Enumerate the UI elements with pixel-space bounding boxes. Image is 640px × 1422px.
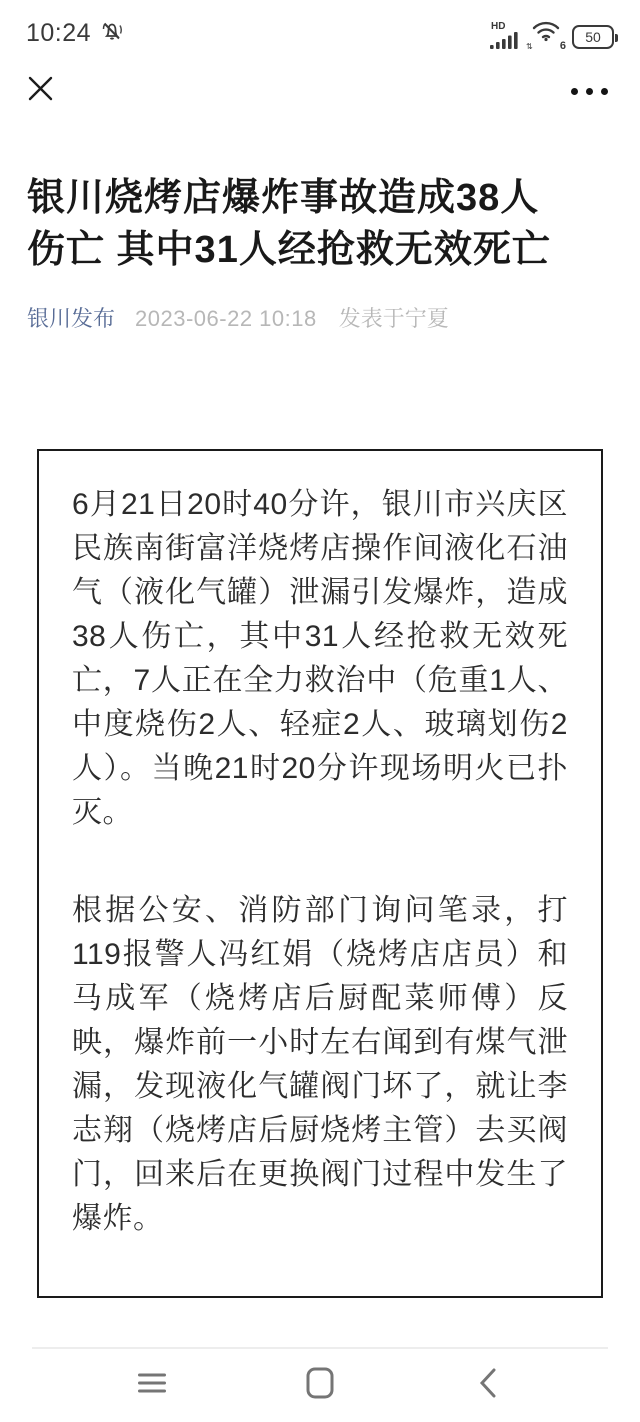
close-icon <box>27 75 54 107</box>
article-title: 银川烧烤店爆炸事故造成38人伤亡 其中31人经抢救无效死亡 <box>27 172 567 276</box>
status-time: 10:24 <box>26 19 91 48</box>
battery-icon: 50 <box>572 25 614 49</box>
more-options-button[interactable] <box>567 78 612 105</box>
more-options-icon <box>571 88 578 95</box>
wechat-article-screen: { "status_bar": { "time": "10:24", "netw… <box>0 0 640 1422</box>
wifi-generation-label: 6 <box>560 40 566 52</box>
close-button[interactable] <box>20 71 60 111</box>
wifi-6-icon: 6 ⇅ <box>530 18 562 49</box>
mute-vibrate-icon <box>99 18 125 49</box>
recents-menu-icon <box>138 1372 166 1399</box>
article-toolbar <box>0 56 640 126</box>
home-square-icon <box>306 1367 334 1404</box>
back-chevron-icon <box>478 1367 498 1404</box>
wifi-traffic-arrows: ⇅ <box>526 42 533 51</box>
article-content-box: 6月21日20时40分许，银川市兴庆区民族南街富洋烧烤店操作间液化石油气（液化气… <box>37 449 603 1298</box>
system-navigation-bar <box>0 1347 640 1422</box>
article-header: 银川烧烤店爆炸事故造成38人伤亡 其中31人经抢救无效死亡 银川发布 2023-… <box>0 172 640 333</box>
article-paragraph-2: 根据公安、消防部门询问笔录，打119报警人冯红娟（烧烤店店员）和马成军（烧烤店后… <box>72 889 568 1241</box>
publish-location: 发表于宁夏 <box>339 302 449 333</box>
publish-time: 2023-06-22 10:18 <box>135 306 317 332</box>
hd-volte-label: HD <box>491 22 505 32</box>
battery-level-text: 50 <box>585 29 601 45</box>
nav-home-button[interactable] <box>290 1360 350 1412</box>
cellular-signal-icon: HD <box>490 22 520 49</box>
article-paragraph-1: 6月21日20时40分许，银川市兴庆区民族南街富洋烧烤店操作间液化石油气（液化气… <box>72 483 568 835</box>
status-bar: 10:24 HD <box>0 0 640 56</box>
article-byline: 银川发布 2023-06-22 10:18 发表于宁夏 <box>27 302 613 333</box>
account-name-link[interactable]: 银川发布 <box>27 302 115 333</box>
nav-recents-button[interactable] <box>122 1360 182 1412</box>
nav-back-button[interactable] <box>458 1360 518 1412</box>
